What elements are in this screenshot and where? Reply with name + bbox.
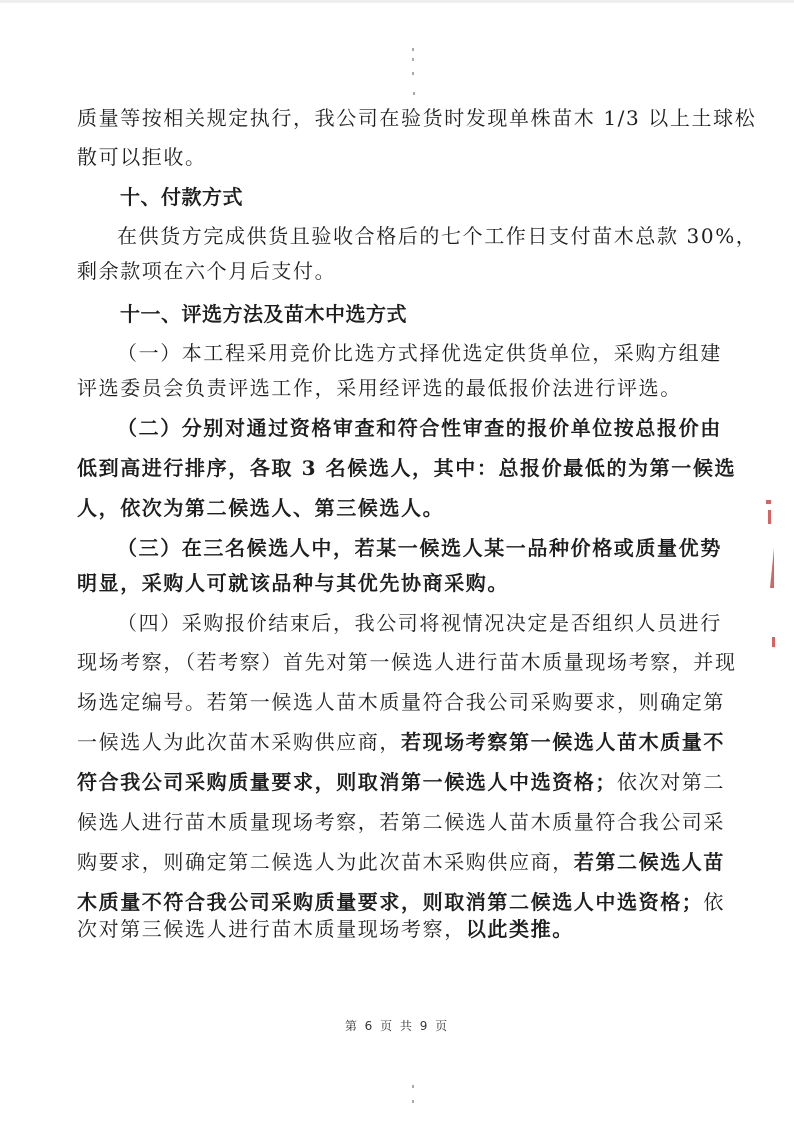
page-number-footer: 第 6 页 共 9 页 <box>0 1017 794 1034</box>
seal-fragment <box>766 500 771 504</box>
seal-fragment <box>768 510 771 524</box>
text-normal: 依次对第二 <box>617 770 725 794</box>
body-line: 质量等按相关规定执行，我公司在验货时发现单株苗木 1/3 以上土球松 <box>77 105 722 131</box>
body-line-mixed: 购要求，则确定第二候选人为此次苗木采购供应商，若第二候选人苗 <box>77 849 722 875</box>
text-bold: 符合我公司采购质量要求，则取消第一候选人中选资格； <box>77 770 617 794</box>
scan-speck <box>412 72 414 75</box>
body-line-mixed: 一候选人为此次苗木采购供应商，若现场考察第一候选人苗木质量不 <box>77 729 722 755</box>
text-bold: 木质量不符合我公司采购质量要求，则取消第二候选人中选资格； <box>77 890 703 914</box>
body-line: （一）本工程采用竞价比选方式择优选定供货单位，采购方组建 <box>117 340 722 366</box>
scan-speck <box>412 1085 414 1088</box>
body-line-bold: 明显，采购人可就该品种与其优先协商采购。 <box>77 570 722 596</box>
body-line: 在供货方完成供货且验收合格后的七个工作日支付苗木总款 30%， <box>117 223 722 249</box>
scan-speck <box>413 92 415 95</box>
section-heading-evaluation: 十一、评选方法及苗木中选方式 <box>120 301 765 327</box>
scan-speck <box>412 1100 414 1103</box>
seal-fragment <box>770 548 774 588</box>
text-normal: 购要求，则确定第二候选人为此次苗木采购供应商， <box>77 850 574 874</box>
body-line-mixed: 次对第三候选人进行苗木质量现场考察，以此类推。 <box>77 916 722 942</box>
section-heading-payment: 十、付款方式 <box>120 184 765 210</box>
text-bold: 以此类推。 <box>466 917 574 941</box>
scan-edge <box>0 0 794 3</box>
body-line-bold: 低到高进行排序，各取 3 名候选人，其中：总报价最低的为第一候选 <box>77 455 722 481</box>
body-line-bold: （三）在三名候选人中，若某一候选人某一品种价格或质量优势 <box>117 535 722 561</box>
document-page: 质量等按相关规定执行，我公司在验货时发现单株苗木 1/3 以上土球松 散可以拒收… <box>0 0 794 1123</box>
body-line: 评选委员会负责评选工作，采用经评选的最低报价法进行评选。 <box>77 375 722 401</box>
body-line: 现场考察，（若考察）首先对第一候选人进行苗木质量现场考察，并现 <box>77 649 722 675</box>
body-line: 散可以拒收。 <box>77 144 722 170</box>
text-bold: 若现场考察第一候选人苗木质量不 <box>401 730 725 754</box>
text-normal: 依 <box>703 890 725 914</box>
seal-fragment <box>772 637 775 647</box>
body-line-mixed: 符合我公司采购质量要求，则取消第一候选人中选资格；依次对第二 <box>77 769 722 795</box>
body-line-bold: （二）分别对通过资格审查和符合性审查的报价单位按总报价由 <box>117 415 722 441</box>
body-line-bold: 人，依次为第二候选人、第三候选人。 <box>77 495 722 521</box>
body-line: 候选人进行苗木质量现场考察，若第二候选人苗木质量符合我公司采 <box>77 809 722 835</box>
body-line: 场选定编号。若第一候选人苗木质量符合我公司采购要求，则确定第 <box>77 689 722 715</box>
text-normal: 一候选人为此次苗木采购供应商， <box>77 730 401 754</box>
body-line: 剩余款项在六个月后支付。 <box>77 258 722 284</box>
scan-speck <box>412 48 414 51</box>
body-line-mixed: 木质量不符合我公司采购质量要求，则取消第二候选人中选资格；依 <box>77 889 722 915</box>
text-bold: 若第二候选人苗 <box>574 850 725 874</box>
body-line: （四）采购报价结束后，我公司将视情况决定是否组织人员进行 <box>117 610 722 636</box>
scan-speck <box>412 58 414 61</box>
text-normal: 次对第三候选人进行苗木质量现场考察， <box>77 917 466 941</box>
